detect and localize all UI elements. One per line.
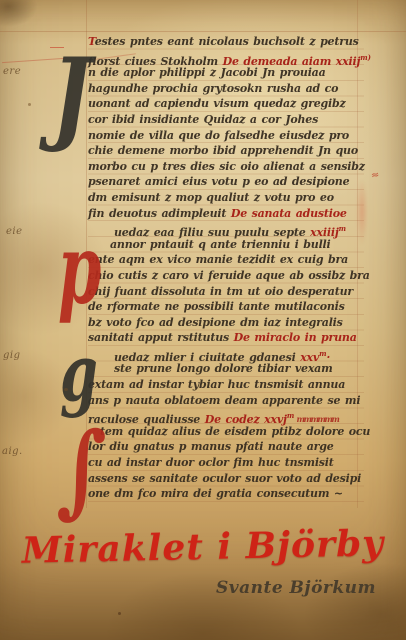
manuscript-line: uedaz mlier i ciuitate gdanesi xxvm· bbox=[88, 346, 364, 362]
body-text: chie demene morbo ibid apprehendit Jn qu… bbox=[88, 144, 358, 157]
body-text: dm emisunt z mop qualiut z votu pro eo bbox=[88, 191, 334, 204]
body-text: uonant ad capiendu visum quedaz gregibz bbox=[88, 97, 346, 110]
body-text: annor pntauit q ante trienniu i bulli bbox=[110, 238, 331, 251]
body-text: assens se sanitate oculor suor voto ad d… bbox=[88, 472, 361, 485]
book-title: Miraklet i Björby bbox=[0, 522, 406, 572]
manuscript-line: chio cutis z caro vi feruide aque ab oss… bbox=[88, 268, 364, 284]
body-text: cu ad instar duor oclor fim huc tnsmisit bbox=[88, 456, 334, 469]
manuscript-line: nomie de villa que do falsedhe eiusdez p… bbox=[88, 128, 364, 144]
margin-note: aig. bbox=[2, 446, 23, 457]
body-text: psenaret amici eius votu p eo ad desipio… bbox=[88, 175, 349, 188]
body-text: morbo cu p tres dies sic oio alienat a s… bbox=[88, 160, 365, 173]
margin-note: ere bbox=[3, 66, 21, 77]
body-text: chio cutis z caro vi feruide aque ab oss… bbox=[88, 269, 370, 282]
body-text: bz voto fco ad desipione dm iaz integral… bbox=[88, 316, 343, 329]
rubric-text: De miraclo in pruna bbox=[234, 331, 357, 344]
body-text: estes pntes eant nicolaus buchsolt z pet… bbox=[95, 35, 359, 48]
manuscript-line: raculose qualiusse De codez xxvjm mmmmmm bbox=[88, 408, 364, 424]
red-margin-mark: ≈ bbox=[370, 169, 380, 181]
rubric-text: m bbox=[339, 224, 346, 233]
body-text: sanitati apput rstitutus bbox=[88, 331, 234, 344]
body-text: n die aplor philippi z Jacobi Jn prouiaa bbox=[88, 66, 326, 79]
body-text: tem quidaz alius de eisdem ptibz dolore … bbox=[100, 425, 370, 438]
ink-speck bbox=[64, 388, 68, 391]
drop-cap-initial: J bbox=[52, 44, 91, 147]
margin-note: gig bbox=[3, 350, 21, 361]
body-text: hagundhe prochia grytosokn rusha ad co bbox=[88, 82, 338, 95]
manuscript-line: de rformate ne possibili tante mutilacon… bbox=[88, 299, 364, 315]
horizontal-ruling-line bbox=[0, 31, 406, 32]
body-text: nomie de villa que do falsedhe eiusdez p… bbox=[88, 129, 349, 142]
body-text: chij fuant dissoluta in tm ut oio desper… bbox=[88, 285, 353, 298]
margin-note: eie bbox=[6, 226, 23, 237]
body-text: cor ibid insidiante Quidaz a cor Johes bbox=[88, 113, 318, 126]
body-text: fin deuotus adimpleuit bbox=[88, 207, 231, 220]
rubric-text: m) bbox=[360, 53, 371, 62]
manuscript-line: psenaret amici eius votu p eo ad desipio… bbox=[88, 174, 364, 190]
manuscript-line: n die aplor philippi z Jacobi Jn prouiaa bbox=[88, 65, 364, 81]
author-name: Svante Björkum bbox=[216, 578, 376, 598]
manuscript-line: hagundhe prochia grytosokn rusha ad co bbox=[88, 81, 364, 97]
ink-speck bbox=[118, 612, 121, 615]
manuscript-line: dm emisunt z mop qualiut z votu pro eo bbox=[88, 190, 364, 206]
rubric-text: De sanata adustioe bbox=[231, 207, 347, 220]
rubric-text: m bbox=[319, 349, 326, 358]
body-text: ente aqm ex vico manie tezidit ex cuig b… bbox=[88, 253, 348, 266]
red-smear-stain bbox=[356, 178, 368, 246]
manuscript-line: extam ad instar tybiar huc tnsmisit annu… bbox=[88, 377, 364, 393]
manuscript-line: uedaz eaa filiu suu puulu septe xxiiijm bbox=[88, 221, 364, 237]
body-text: ans p nauta oblatoem deam apparente se m… bbox=[88, 394, 360, 407]
manuscript-line: cu ad instar duor oclor fim huc tnsmisit bbox=[88, 455, 364, 471]
body-text: de rformate ne possibili tante mutilacon… bbox=[88, 300, 345, 313]
body-text: extam ad instar tybiar huc tnsmisit annu… bbox=[88, 378, 345, 391]
manuscript-line: annor pntauit q ante trienniu i bulli bbox=[88, 237, 364, 253]
manuscript-line: assens se sanitate oculor suor voto ad d… bbox=[88, 471, 364, 487]
body-text: one dm fco mira dei gratia consecutum ~ bbox=[88, 487, 343, 500]
drop-cap-initial: g bbox=[60, 334, 98, 412]
manuscript-line: uonant ad capiendu visum quedaz gregibz bbox=[88, 96, 364, 112]
manuscript-line: cor ibid insidiante Quidaz a cor Johes bbox=[88, 112, 364, 128]
manuscript-text-block: Testes pntes eant nicolaus buchsolt z pe… bbox=[88, 34, 364, 502]
manuscript-line: morbo cu p tres dies sic oio alienat a s… bbox=[88, 159, 364, 175]
manuscript-line: tem quidaz alius de eisdem ptibz dolore … bbox=[88, 424, 364, 440]
manuscript-line: sanitati apput rstitutus De miraclo in p… bbox=[88, 330, 364, 346]
book-cover: Testes pntes eant nicolaus buchsolt z pe… bbox=[0, 0, 406, 640]
body-text: ste prune longo dolore tibiar vexam bbox=[114, 362, 333, 375]
ink-speck bbox=[336, 300, 339, 302]
rubric-text: mmmmmm bbox=[294, 414, 338, 424]
body-text: lor diu gnatus p manus pfati naute arge bbox=[88, 440, 334, 453]
manuscript-line: florst ciues Stokholm De demeada aiam xx… bbox=[88, 50, 364, 66]
drop-cap-initial: ∫ bbox=[56, 418, 107, 519]
manuscript-line: ans p nauta oblatoem deam apparente se m… bbox=[88, 393, 364, 409]
manuscript-line: fin deuotus adimpleuit De sanata adustio… bbox=[88, 206, 364, 222]
manuscript-line: lor diu gnatus p manus pfati naute arge bbox=[88, 439, 364, 455]
manuscript-line: chie demene morbo ibid apprehendit Jn qu… bbox=[88, 143, 364, 159]
manuscript-line: Testes pntes eant nicolaus buchsolt z pe… bbox=[88, 34, 364, 50]
ink-speck bbox=[28, 103, 31, 106]
drop-cap-initial: p bbox=[58, 222, 101, 318]
manuscript-line: bz voto fco ad desipione dm iaz integral… bbox=[88, 315, 364, 331]
manuscript-line: ente aqm ex vico manie tezidit ex cuig b… bbox=[88, 252, 364, 268]
manuscript-line: chij fuant dissoluta in tm ut oio desper… bbox=[88, 284, 364, 300]
manuscript-line: ste prune longo dolore tibiar vexam bbox=[88, 361, 364, 377]
manuscript-line: one dm fco mira dei gratia consecutum ~ bbox=[88, 486, 364, 502]
